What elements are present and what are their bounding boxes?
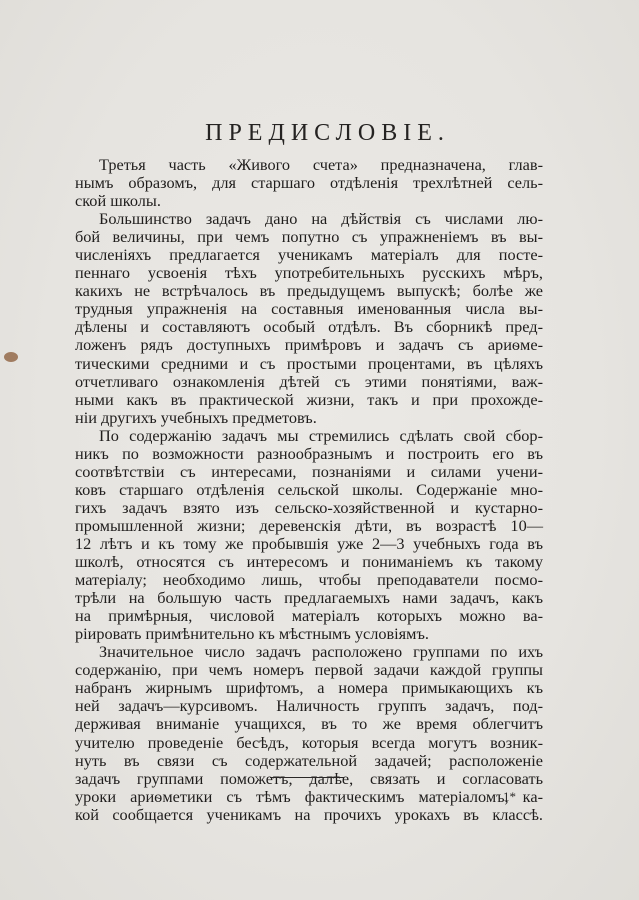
text-line: держивая вниманіе учащихся, въ то же вре… <box>75 715 543 733</box>
book-page: ПРЕДИСЛОВІЕ. Третья часть «Живого счета»… <box>0 0 639 900</box>
text-line: ріировать примѣнительно къ мѣстнымъ усло… <box>75 625 543 643</box>
text-line: нуть въ связи съ содержательной задачей;… <box>75 752 543 770</box>
text-line: бой величины, при чемъ попутно съ упражн… <box>75 228 543 246</box>
text-line: трудныя упражненія на составныя именован… <box>75 300 543 318</box>
text-line: задачъ группами поможетъ, далѣе, связать… <box>75 770 543 788</box>
text-line: отчетливаго ознакомленія дѣтей съ этими … <box>75 373 543 391</box>
text-line: ложенъ рядъ доступныхъ примѣровъ и задач… <box>75 336 543 354</box>
text-line: ніи другихъ учебныхъ предметовъ. <box>75 409 543 427</box>
text-line: промышленной жизни; деревенскія дѣти, въ… <box>75 517 543 535</box>
text-line: уроки ариѳметики съ тѣмъ фактическимъ ма… <box>75 788 543 806</box>
text-line: матеріалу; необходимо лишь, чтобы препод… <box>75 571 543 589</box>
text-line: учителю проведеніе бесѣдъ, которыя всегд… <box>75 734 543 752</box>
text-line: содержанію, при чемъ номеръ первой задач… <box>75 661 543 679</box>
text-line: дѣлены и составляютъ особый отдѣлъ. Въ с… <box>75 318 543 336</box>
text-line: Значительное число задачъ расположено гр… <box>75 643 543 661</box>
text-line: ными какъ въ практической жизни, такъ и … <box>75 391 543 409</box>
text-line: ковъ старшаго отдѣленія сельской школы. … <box>75 481 543 499</box>
text-line: 12 лѣтъ и къ тому же пробывшія уже 2—3 у… <box>75 535 543 553</box>
text-line: численіяхъ предлагается ученикамъ матері… <box>75 246 543 264</box>
text-line: трѣли на большую часть предлагаемыхъ нам… <box>75 589 543 607</box>
text-line: никъ по возможности разнообразнымъ и пос… <box>75 445 543 463</box>
text-line: гихъ задачъ взято изъ сельско-хозяйствен… <box>75 499 543 517</box>
margin-stain <box>4 352 18 362</box>
text-line: нымъ образомъ, для старшаго отдѣленія тр… <box>75 174 543 192</box>
text-line: Третья часть «Живого счета» предназначен… <box>75 156 543 174</box>
text-line: на примѣрныя, числовой матеріалъ которых… <box>75 607 543 625</box>
text-line: ней задачъ—курсивомъ. Наличность группъ … <box>75 697 543 715</box>
text-line: По содержанію задачъ мы стремились сдѣла… <box>75 427 543 445</box>
text-line: Большинство задачъ дано на дѣйствія съ ч… <box>75 210 543 228</box>
text-line: соотвѣтствіи съ интересами, познаніями и… <box>75 463 543 481</box>
section-divider <box>270 777 344 778</box>
text-line: какихъ не встрѣчалось въ предыдущемъ вып… <box>75 282 543 300</box>
text-line: кой сообщается ученикамъ на прочихъ урок… <box>75 806 543 824</box>
text-line: тическими средними и съ простыми процент… <box>75 355 543 373</box>
text-line: набранъ жирнымъ шрифтомъ, а номера примы… <box>75 679 543 697</box>
page-title: ПРЕДИСЛОВІЕ. <box>8 120 639 147</box>
signature-mark: 1* <box>503 789 516 805</box>
preface-body: Третья часть «Живого счета» предназначен… <box>75 156 543 824</box>
text-line: пеннаго усвоенія тѣхъ употребительныхъ р… <box>75 264 543 282</box>
text-line: школѣ, относятся съ интересомъ и пониман… <box>75 553 543 571</box>
text-line: ской школы. <box>75 192 543 210</box>
